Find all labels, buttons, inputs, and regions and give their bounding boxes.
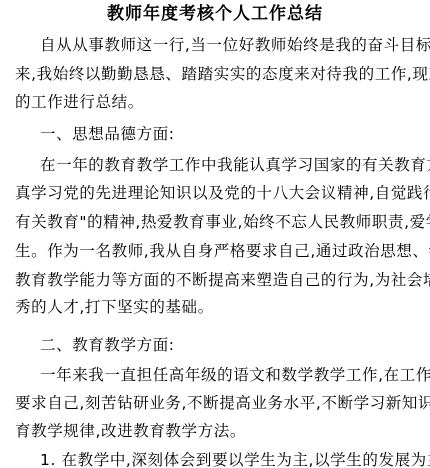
numbered-item-1: 1. 在教学中,深刻体会到要以学生为主,以学生的发展为主。首先, [40,450,430,468]
paragraph-section1-line-2: 真学习党的先进理论知识以及党的十八大会议精神,自觉践行"十八大 [15,183,430,203]
section-heading-2: 二、教育教学方面: [40,335,175,355]
paragraph-intro-line-2: 来,我始终以勤勤恳恳、踏踏实实的态度来对待我的工作,现对一年来 [15,64,430,84]
document-title: 教师年度考核个人工作总结 [0,2,430,26]
section-heading-1: 一、思想品德方面: [40,124,175,144]
paragraph-intro-line-1: 自从从事教师这一行,当一位好教师始终是我的奋斗目标。一年 [40,35,430,55]
paragraph-section1-line-5: 教育教学能力等方面的不断提高来塑造自己的行为,为社会培养出优 [15,270,430,290]
paragraph-section2-line-3: 育教学规律,改进教育教学方法。 [15,421,246,441]
paragraph-section1-line-3: 有关教育"的精神,热爱教育事业,始终不忘人民教师职责,爱学校、爱学 [15,212,430,232]
paragraph-section1-line-6: 秀的人才,打下坚实的基础。 [15,297,214,317]
paragraph-intro-line-3: 的工作进行总结。 [15,92,144,112]
paragraph-section2-line-1: 一年来我一直担任高年级的语文和数学教学工作,在工作中严格 [40,365,430,385]
paragraph-section1-line-4: 生。作为一名教师,我从自身严格要求自己,通过政治思想、学识水平、 [15,241,430,261]
paragraph-section1-line-1: 在一年的教育教学工作中我能认真学习国家的有关教育方针,认 [40,155,430,175]
paragraph-section2-line-2: 要求自己,刻苦钻研业务,不断提高业务水平,不断学习新知识,探索教 [15,393,430,413]
